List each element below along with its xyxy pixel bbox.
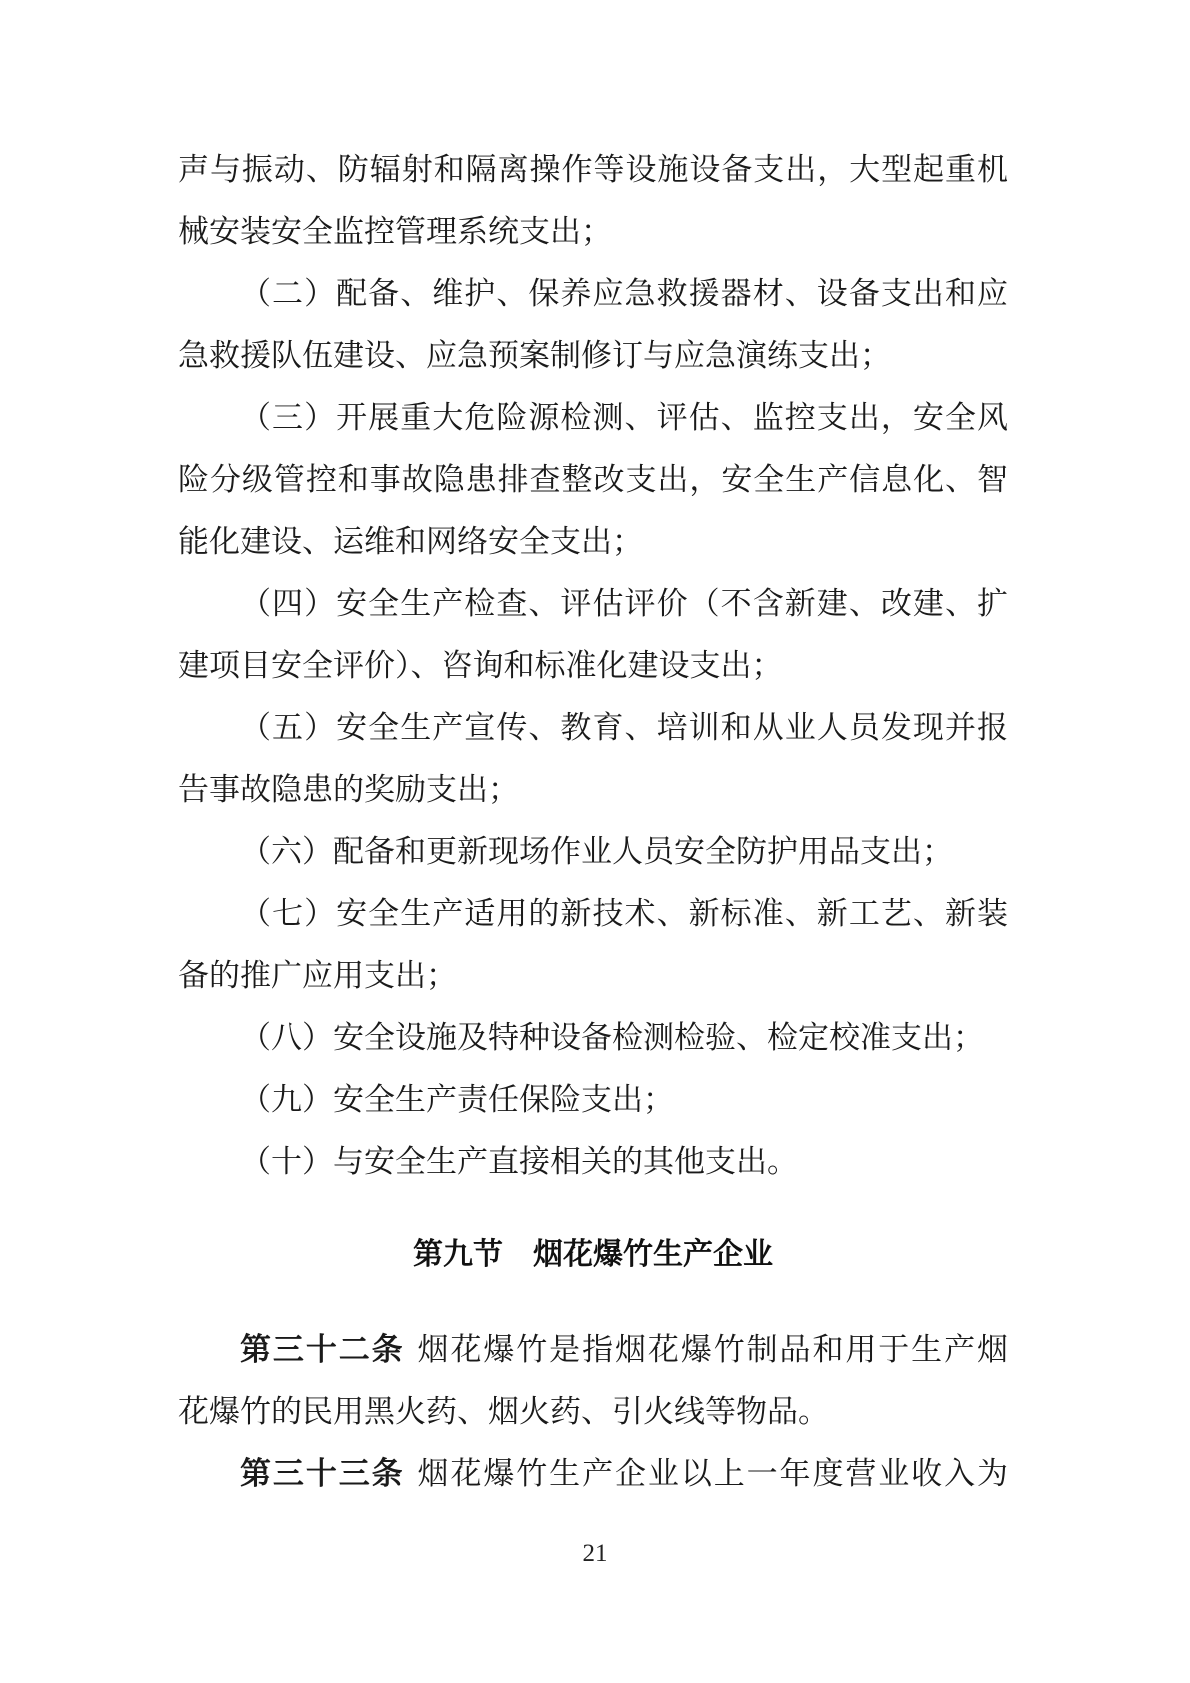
page-number: 21 — [0, 1540, 1190, 1568]
text-line: （五）安全生产宣传、教育、培训和从业人员发现并报 — [178, 697, 1008, 759]
text-line: （二）配备、维护、保养应急救援器材、设备支出和应 — [178, 263, 1008, 325]
article-number: 第三十三条 — [240, 1456, 405, 1491]
section-heading: 第九节 烟花爆竹生产企业 — [178, 1224, 1008, 1286]
text-line: 花爆竹的民用黑火药、烟火药、引火线等物品。 — [178, 1381, 1008, 1443]
text-line: 告事故隐患的奖励支出； — [178, 759, 1008, 821]
text-line: （八）安全设施及特种设备检测检验、检定校准支出； — [178, 1007, 1008, 1069]
document-page: 声与振动、防辐射和隔离操作等设施设备支出，大型起重机 械安装安全监控管理系统支出… — [0, 0, 1190, 1683]
text-line: 声与振动、防辐射和隔离操作等设施设备支出，大型起重机 — [178, 139, 1008, 201]
text-line: 建项目安全评价）、咨询和标准化建设支出； — [178, 635, 1008, 697]
text-line: （四）安全生产检查、评估评价（不含新建、改建、扩 — [178, 573, 1008, 635]
text-line: （十）与安全生产直接相关的其他支出。 — [178, 1131, 1008, 1193]
text-line: 急救援队伍建设、应急预案制修订与应急演练支出； — [178, 325, 1008, 387]
document-body: 声与振动、防辐射和隔离操作等设施设备支出，大型起重机 械安装安全监控管理系统支出… — [178, 139, 1008, 1505]
text-line: 第三十二条烟花爆竹是指烟花爆竹制品和用于生产烟 — [178, 1319, 1008, 1381]
text-line: （七）安全生产适用的新技术、新标准、新工艺、新装 — [178, 883, 1008, 945]
text-line: 备的推广应用支出； — [178, 945, 1008, 1007]
article-number: 第三十二条 — [240, 1332, 405, 1367]
text-line: 第三十三条烟花爆竹生产企业以上一年度营业收入为 — [178, 1443, 1008, 1505]
text-line: 械安装安全监控管理系统支出； — [178, 201, 1008, 263]
article-text: 烟花爆竹是指烟花爆竹制品和用于生产烟 — [418, 1332, 1008, 1367]
text-line: （九）安全生产责任保险支出； — [178, 1069, 1008, 1131]
text-line: （六）配备和更新现场作业人员安全防护用品支出； — [178, 821, 1008, 883]
text-line: 能化建设、运维和网络安全支出； — [178, 511, 1008, 573]
article-text: 烟花爆竹生产企业以上一年度营业收入为 — [418, 1456, 1008, 1491]
text-line: 险分级管控和事故隐患排查整改支出，安全生产信息化、智 — [178, 449, 1008, 511]
text-line: （三）开展重大危险源检测、评估、监控支出，安全风 — [178, 387, 1008, 449]
